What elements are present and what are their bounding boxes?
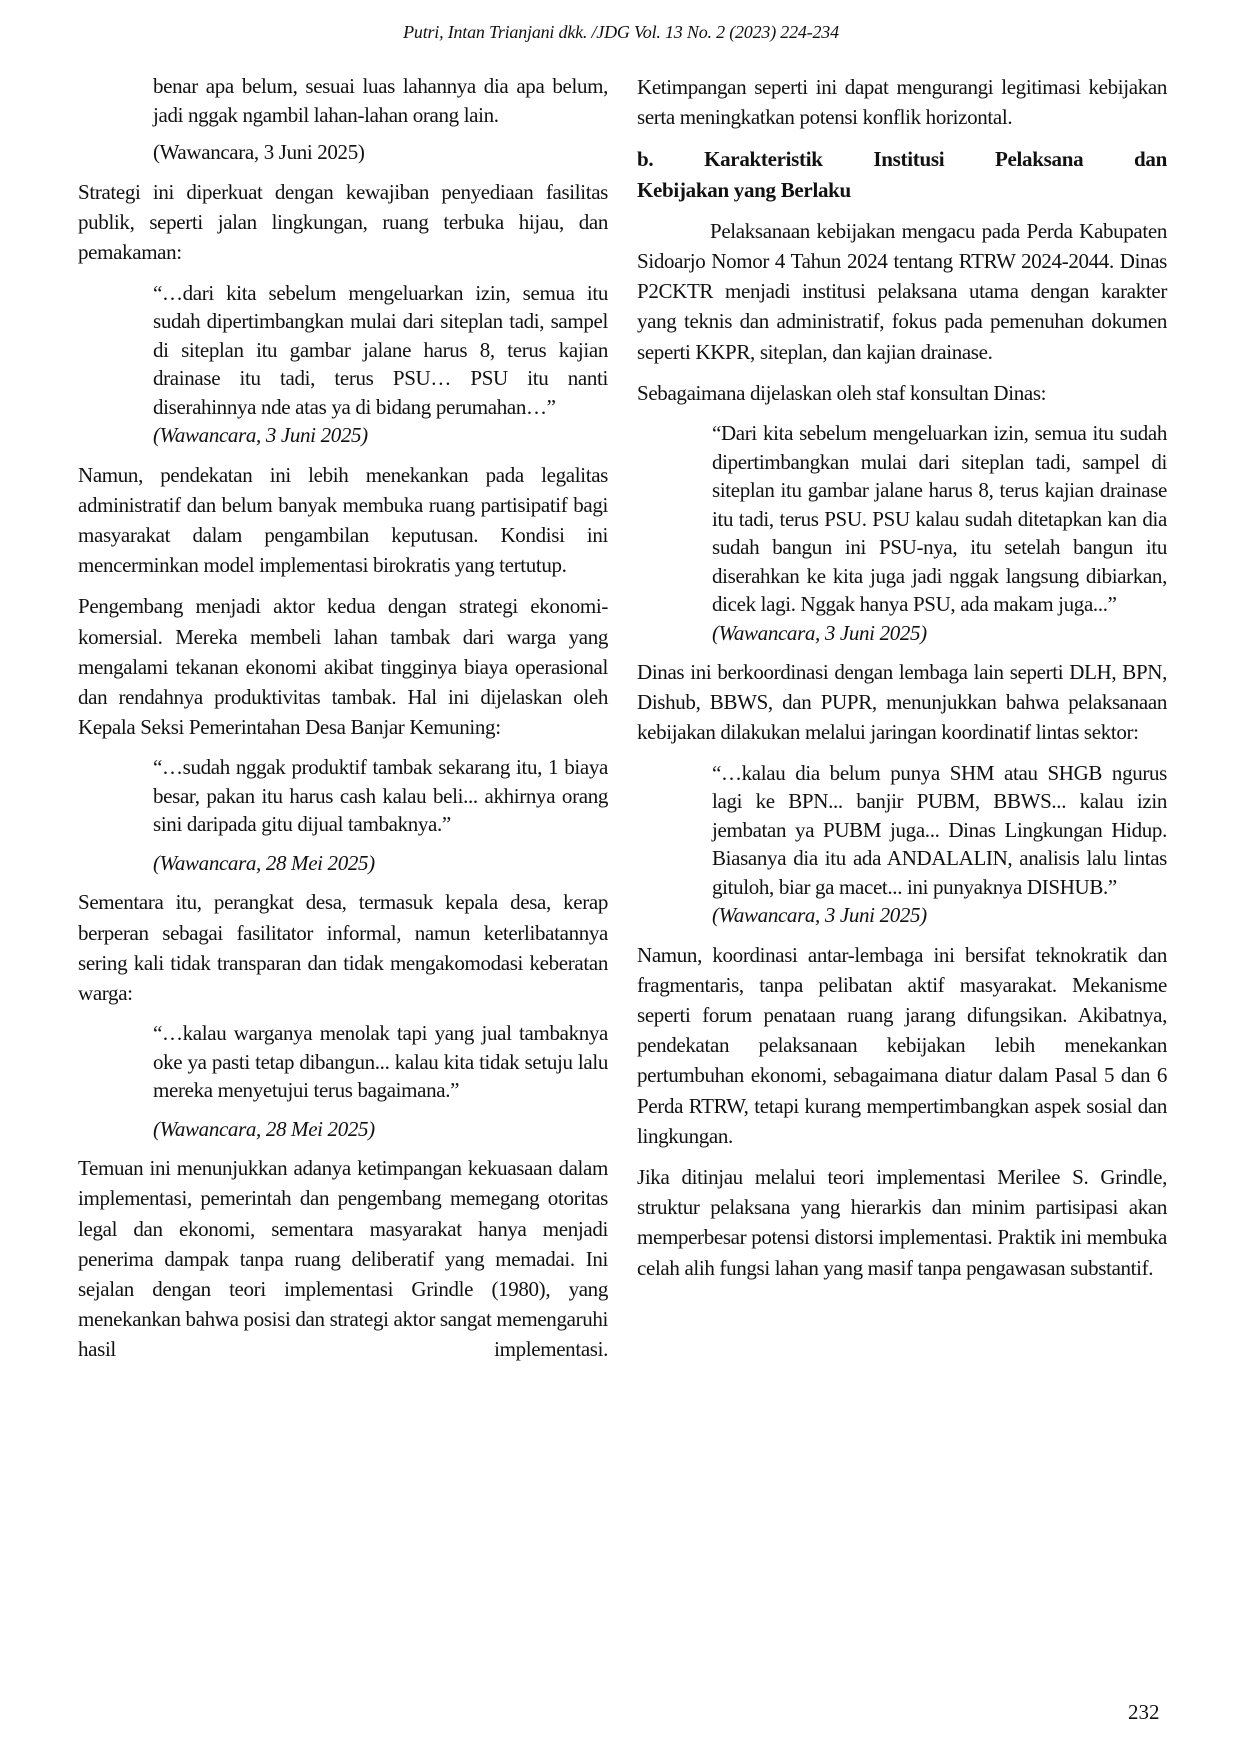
right-column: Ketimpangan seperti ini dapat mengurangi… xyxy=(637,72,1167,1294)
interview-citation: (Wawancara, 3 Juni 2025) xyxy=(153,421,608,450)
paragraph-coordination: Dinas ini berkoordinasi dengan lembaga l… xyxy=(637,657,1167,748)
paragraph-continuation-inequality: Ketimpangan seperti ini dapat mengurangi… xyxy=(637,72,1167,132)
quote-continuation-citation: (Wawancara, 3 Juni 2025) xyxy=(153,137,608,167)
paragraph-public-facilities: Strategi ini diperkuat dengan kewajiban … xyxy=(78,177,608,268)
section-heading: b. Karakteristik Institusi Pelaksana dan… xyxy=(637,144,1167,204)
page-number: 232 xyxy=(1128,1700,1160,1725)
paragraph-policy-reference: Pelaksanaan kebijakan mengacu pada Perda… xyxy=(637,216,1167,367)
section-heading-line1: b. Karakteristik Institusi Pelaksana dan xyxy=(637,144,1167,174)
quote-continuation: benar apa belum, sesuai luas lahannya di… xyxy=(153,72,608,129)
interview-quote-siteplan: “…dari kita sebelum mengeluarkan izin, s… xyxy=(153,279,608,422)
left-column: benar apa belum, sesuai luas lahannya di… xyxy=(78,72,608,1376)
section-heading-line2: Kebijakan yang Berlaku xyxy=(637,178,851,202)
interview-citation: (Wawancara, 28 Mei 2025) xyxy=(153,849,608,878)
interview-citation: (Wawancara, 3 Juni 2025) xyxy=(712,901,1167,930)
interview-citation: (Wawancara, 3 Juni 2025) xyxy=(712,619,1167,648)
interview-quote-residents: “…kalau warganya menolak tapi yang jual … xyxy=(153,1019,608,1105)
paragraph-technocratic: Namun, koordinasi antar-lembaga ini bers… xyxy=(637,940,1167,1151)
paragraph-village-officials: Sementara itu, perangkat desa, termasuk … xyxy=(78,887,608,1008)
paragraph-developer-actor: Pengembang menjadi aktor kedua dengan st… xyxy=(78,591,608,742)
interview-quote-tambak: “…sudah nggak produktif tambak sekarang … xyxy=(153,753,608,839)
paragraph-administrative-legality: Namun, pendekatan ini lebih menekankan p… xyxy=(78,460,608,581)
interview-quote-agencies: “…kalau dia belum punya SHM atau SHGB ng… xyxy=(712,759,1167,902)
paragraph-power-imbalance: Temuan ini menunjukkan adanya ketimpanga… xyxy=(78,1153,608,1364)
paragraph-grindle-theory: Jika ditinjau melalui teori implementasi… xyxy=(637,1162,1167,1283)
running-header: Putri, Intan Trianjani dkk. /JDG Vol. 13… xyxy=(0,22,1242,43)
interview-citation: (Wawancara, 28 Mei 2025) xyxy=(153,1115,608,1144)
paragraph-consultant-intro: Sebagaimana dijelaskan oleh staf konsult… xyxy=(637,378,1167,408)
interview-quote-consultant: “Dari kita sebelum mengeluarkan izin, se… xyxy=(712,419,1167,619)
